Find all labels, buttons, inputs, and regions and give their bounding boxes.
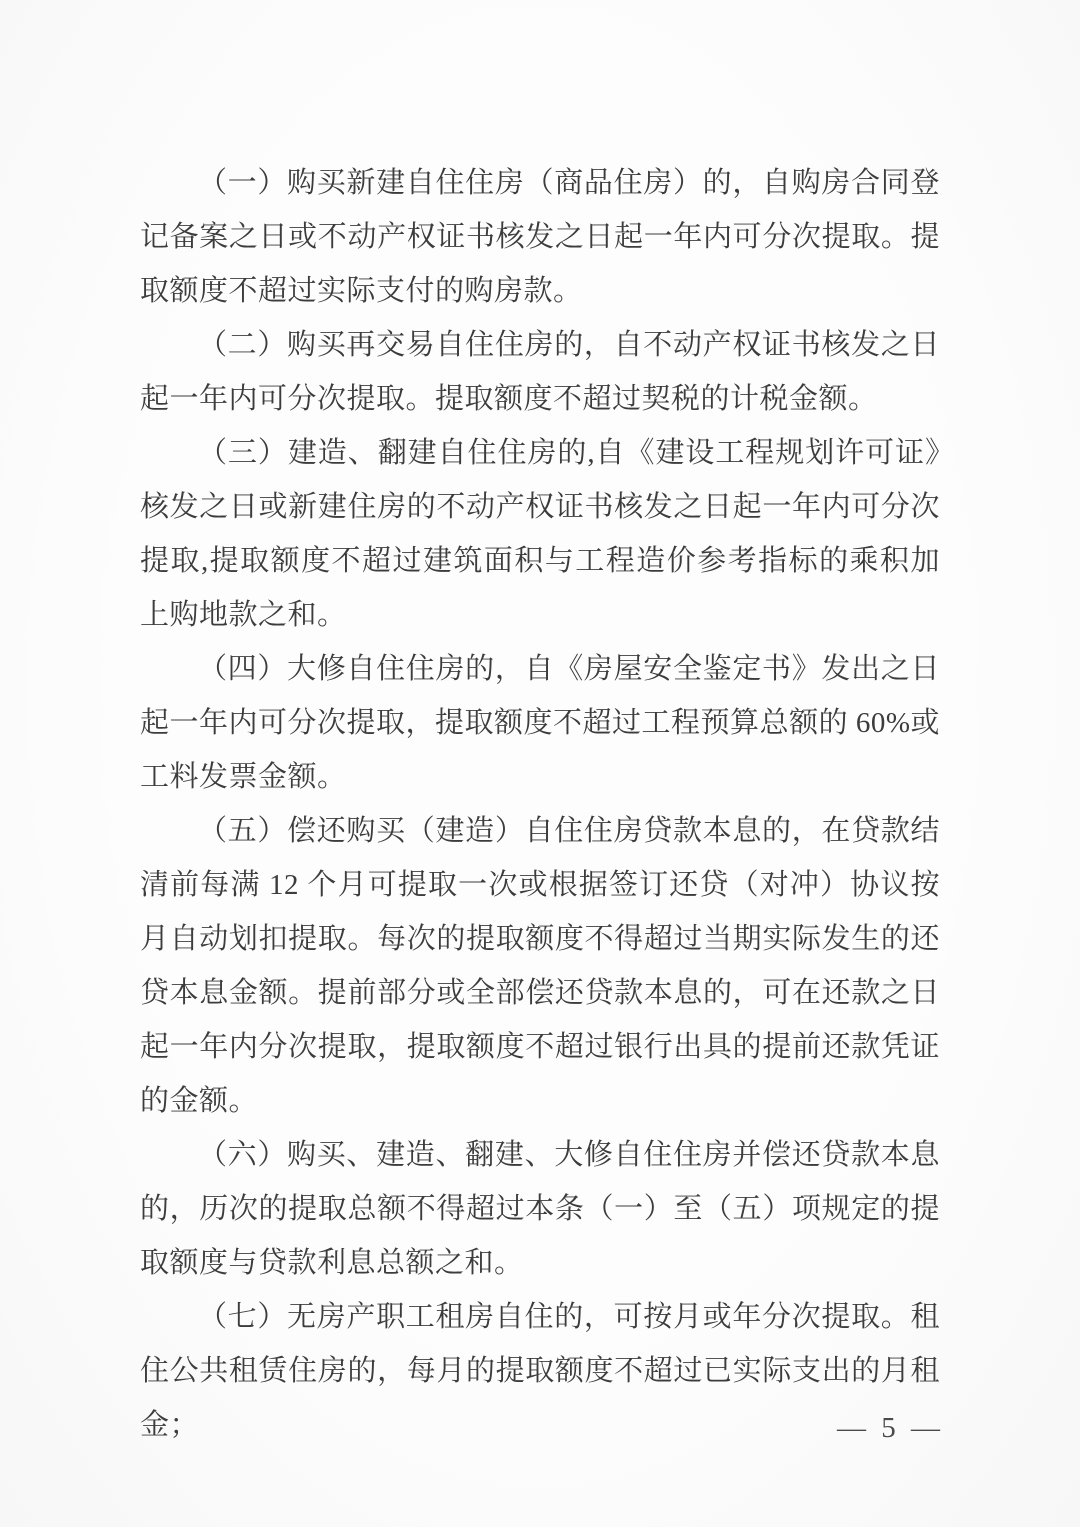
clause-1: （一）购买新建自住住房（商品住房）的，自购房合同登记备案之日或不动产权证书核发之… bbox=[140, 156, 940, 318]
clause-3: （三）建造、翻建自住住房的,自《建设工程规划许可证》核发之日或新建住房的不动产权… bbox=[140, 426, 940, 642]
clause-5: （五）偿还购买（建造）自住住房贷款本息的，在贷款结清前每满 12 个月可提取一次… bbox=[140, 804, 940, 1128]
page-footer: — 5 — bbox=[140, 1408, 940, 1448]
clause-2: （二）购买再交易自住住房的，自不动产权证书核发之日起一年内可分次提取。提取额度不… bbox=[140, 318, 940, 426]
document-body: （一）购买新建自住住房（商品住房）的，自购房合同登记备案之日或不动产权证书核发之… bbox=[140, 156, 940, 1452]
document-page: （一）购买新建自住住房（商品住房）的，自购房合同登记备案之日或不动产权证书核发之… bbox=[0, 0, 1080, 1527]
clause-6: （六）购买、建造、翻建、大修自住住房并偿还贷款本息的，历次的提取总额不得超过本条… bbox=[140, 1128, 940, 1290]
clause-4: （四）大修自住住房的，自《房屋安全鉴定书》发出之日起一年内可分次提取，提取额度不… bbox=[140, 642, 940, 804]
page-number: — 5 — bbox=[837, 1412, 940, 1444]
